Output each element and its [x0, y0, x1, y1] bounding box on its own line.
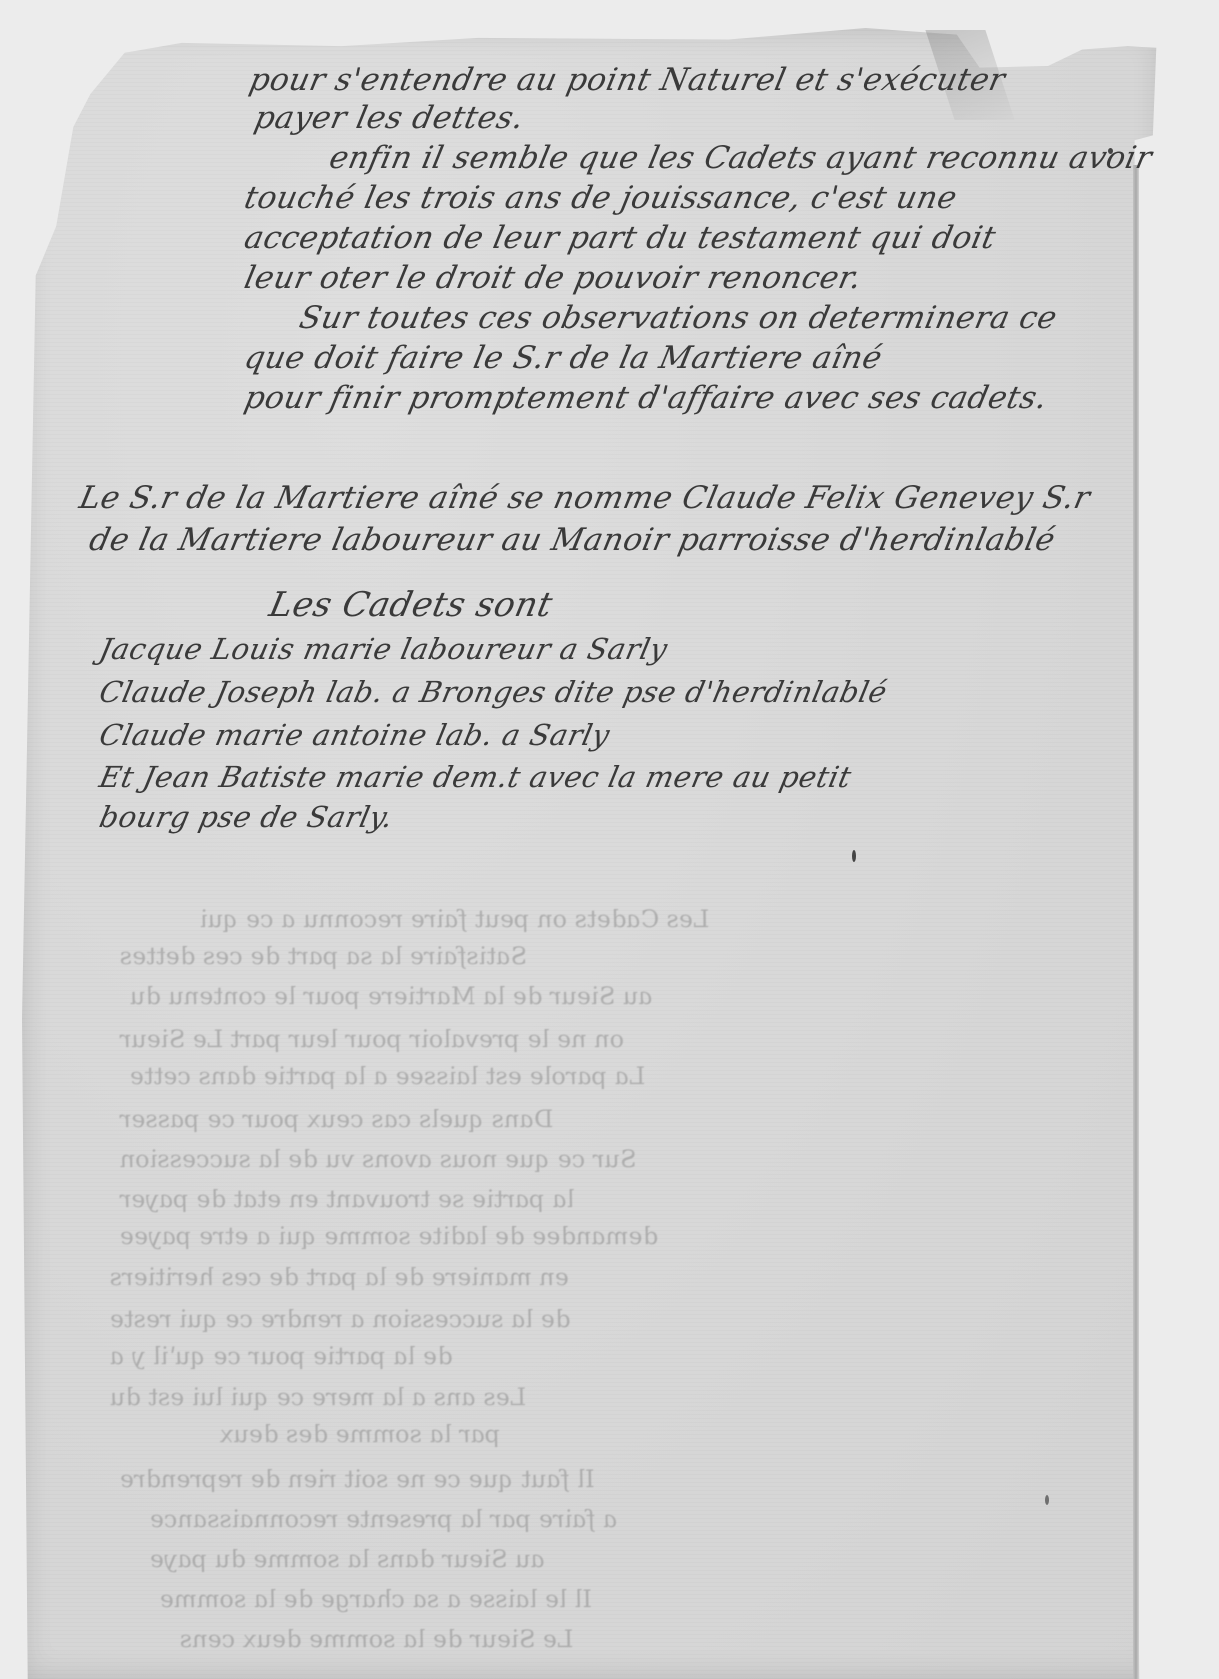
line: que doit faire le S.r de la Martiere aîn… [241, 340, 885, 376]
line: Sur toutes ces observations on determine… [296, 300, 1060, 336]
list-item: Claude Joseph lab. a Bronges dite pse d'… [96, 675, 890, 709]
line: enfin il semble que les Cadets ayant rec… [326, 140, 1155, 176]
list-item: Et Jean Batiste marie dem.t avec la mere… [96, 760, 854, 794]
page-edge [1133, 165, 1139, 1679]
ink-spot [1108, 148, 1113, 154]
line: Le S.r de la Martiere aîné se nomme Clau… [76, 480, 1093, 516]
line: leur oter le droit de pouvoir renoncer. [241, 260, 865, 296]
line: acceptation de leur part du testament qu… [241, 220, 999, 256]
line: pour finir promptement d'affaire avec se… [241, 380, 1051, 416]
list-item: Claude marie antoine lab. a Sarly [96, 718, 613, 752]
list-item: Jacque Louis marie laboureur a Sarly [96, 632, 670, 666]
ink-spot [852, 850, 856, 862]
list-item: bourg pse de Sarly. [96, 800, 396, 834]
line: touché les trois ans de jouissance, c'es… [241, 180, 960, 216]
line: de la Martiere laboureur au Manoir parro… [86, 522, 1058, 558]
line: payer les dettes. [251, 100, 527, 136]
line: pour s'entendre au point Naturel et s'ex… [246, 62, 1008, 98]
ink-spot [1045, 1495, 1049, 1505]
cadets-heading: Les Cadets sont [266, 585, 557, 625]
